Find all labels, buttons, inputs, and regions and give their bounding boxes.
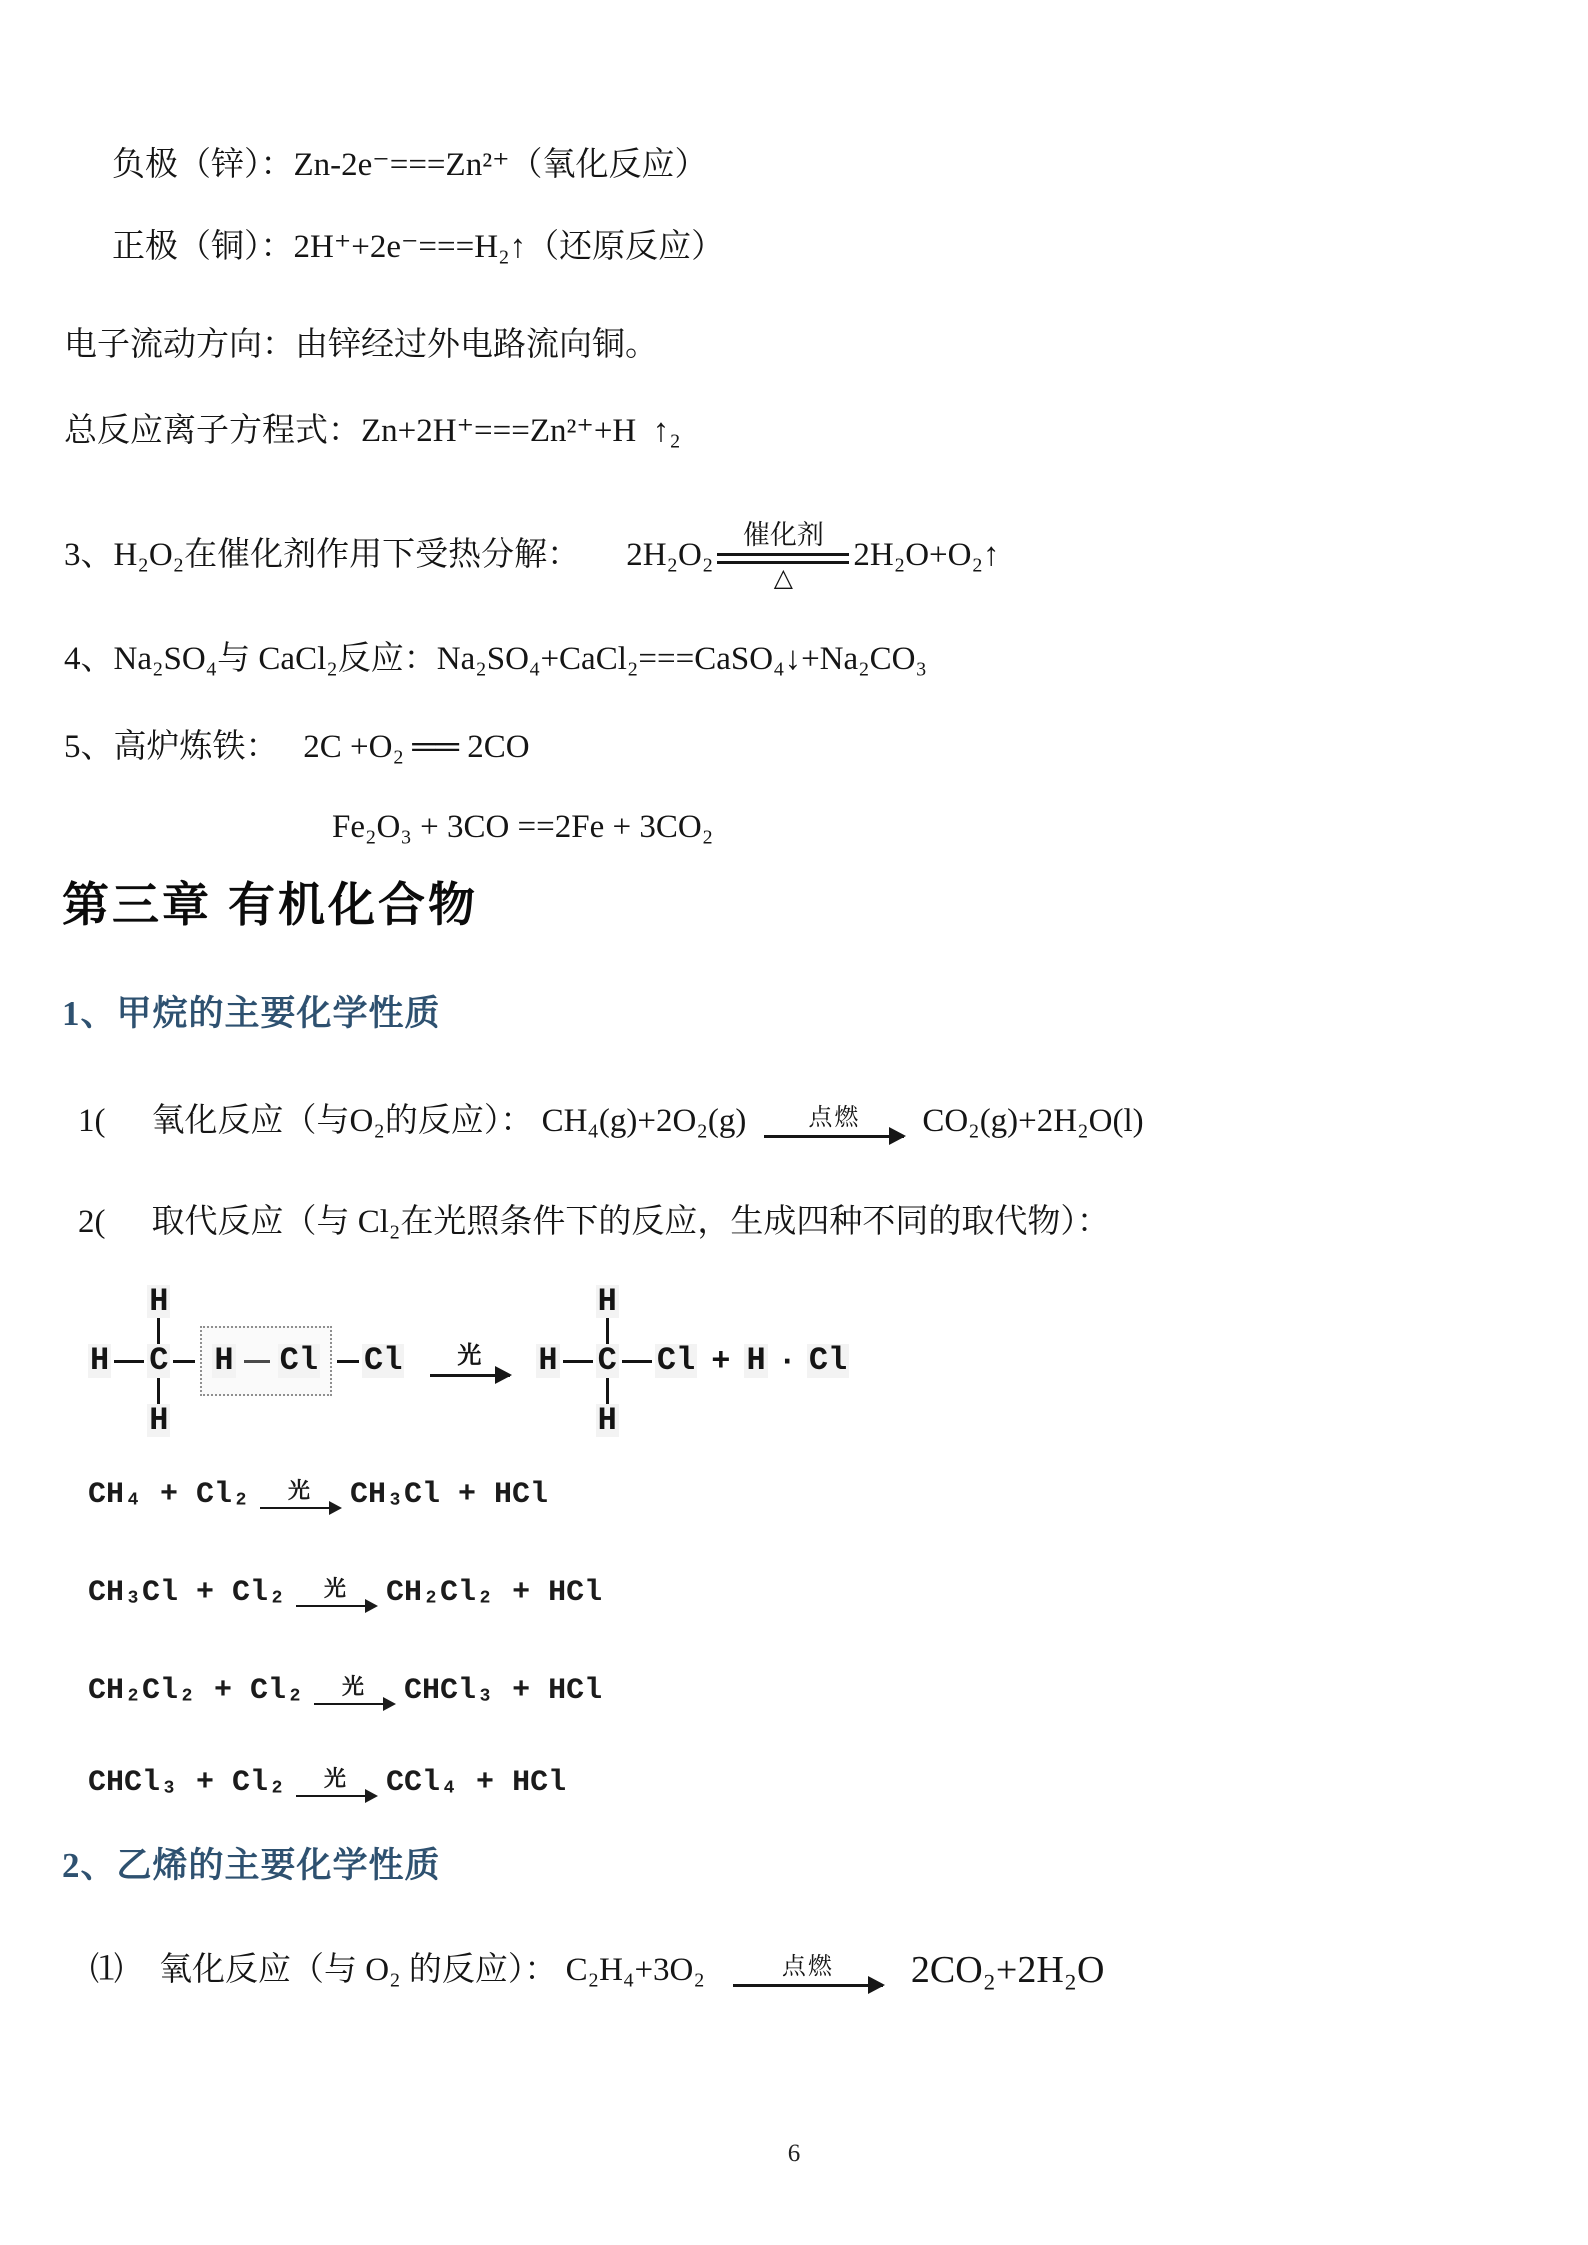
ethylene-section-heading: 2、乙烯的主要化学性质	[62, 1838, 441, 1888]
blast-furnace-line2: Fe₂O₃ + 3CO ==2Fe + 3CO₂	[332, 808, 713, 848]
methane-oxidation-line: 1( 氧化反应（与O₂的反应）： CH₄(g)+2O₂(g) 点燃 CO₂(g)…	[78, 1080, 1144, 1164]
atom-cl: Cl	[278, 1344, 320, 1378]
methane-substitution-label: 取代反应（与 Cl₂在光照条件下的反应，生成四种不同的取代物）：	[152, 1203, 1110, 1243]
item-prefix: 1(	[78, 1102, 106, 1142]
arrow-shaft	[296, 1605, 376, 1607]
arrow-shaft	[733, 1984, 883, 1987]
equation-right: CH₃Cl + HCl	[350, 1478, 548, 1512]
equation-left: CH₃Cl + Cl₂	[88, 1576, 286, 1610]
methane-substitution-line: 2( 取代反应（与 Cl₂在光照条件下的反应，生成四种不同的取代物）：	[78, 1198, 1110, 1248]
substitution-equation-3: CH₂Cl₂ + Cl₂ 光 CHCl₃ + HCl	[88, 1674, 602, 1708]
ignition-arrow: 点燃	[764, 1106, 904, 1137]
bond	[563, 1360, 593, 1363]
chapter-title: 第三章 有机化合物	[62, 868, 478, 935]
ignition-arrow: 点燃	[733, 1955, 883, 1986]
h2o2-label: 3、H₂O₂在催化剂作用下受热分解：	[64, 536, 580, 576]
document-page: 负极（锌）：Zn-2e⁻===Zn²⁺（氧化反应） 正极（铜）：2H⁺+2e⁻=…	[0, 0, 1588, 2245]
atom-h: H	[536, 1344, 559, 1378]
equation-left: CH₄ + Cl₂	[88, 1478, 250, 1512]
blast-furnace-line1: 5、高炉炼铁： 2C +O₂ ══ 2CO	[64, 728, 530, 768]
equation-left: CHCl₃ + Cl₂	[88, 1766, 286, 1800]
ethylene-oxidation-rhs: 2CO₂+2H₂O	[911, 1948, 1105, 1994]
light-label: 光	[342, 1677, 366, 1700]
arrow-shaft	[764, 1135, 904, 1138]
light-label: 光	[457, 1345, 483, 1370]
equation-right: CHCl₃ + HCl	[404, 1674, 602, 1708]
methane-oxidation-rhs: CO₂(g)+2H₂O(l)	[922, 1102, 1143, 1142]
carbon-column: H C H	[596, 1285, 619, 1438]
h2o2-rhs: 2H₂O+O₂↑	[853, 536, 999, 576]
double-equals-line	[717, 553, 849, 564]
na2so4-cacl2-line: 4、Na₂SO₄与 CaCl₂反应：Na₂SO₄+CaCl₂===CaSO₄↓+…	[64, 640, 927, 680]
light-arrow: 光	[296, 1579, 376, 1607]
atom-cl: Cl	[362, 1344, 404, 1378]
plus-sign: +	[711, 1343, 730, 1380]
overall-ionic-equation-line: 总反应离子方程式：Zn+2H⁺===Zn²⁺+H ↑₂	[64, 412, 681, 452]
bond	[337, 1360, 359, 1363]
arrow-shaft	[260, 1507, 340, 1509]
methane-section-heading: 1、甲烷的主要化学性质	[62, 986, 441, 1036]
light-arrow: 光	[296, 1769, 376, 1797]
ethylene-oxidation-line: ⑴ 氧化反应（与 O₂ 的反应）： C₂H₄+3O₂ 点燃 2CO₂+2H₂O	[90, 1926, 1105, 2016]
atom-h: H	[744, 1344, 767, 1378]
atom-h: H	[596, 1404, 619, 1438]
arrow-shaft	[430, 1374, 510, 1377]
ethylene-oxidation-label: 氧化反应（与 O₂ 的反应）： C₂H₄+3O₂	[159, 1951, 705, 1991]
atom-cl: Cl	[807, 1344, 849, 1378]
positive-electrode-line: 正极（铜）：2H⁺+2e⁻===H₂↑（还原反应）	[112, 228, 724, 268]
heat-delta-symbol: △	[774, 566, 793, 591]
light-arrow: 光	[430, 1345, 510, 1376]
bond	[157, 1378, 160, 1404]
atom-h: H	[147, 1404, 170, 1438]
light-arrow: 光	[314, 1677, 394, 1705]
atom-h: H	[212, 1344, 235, 1378]
substitution-equation-4: CHCl₃ + Cl₂ 光 CCl₄ + HCl	[88, 1766, 566, 1800]
arrow-shaft	[296, 1795, 376, 1797]
atom-h: H	[88, 1344, 111, 1378]
page-number: 6	[0, 2140, 1588, 2168]
light-label: 光	[288, 1481, 312, 1504]
equation-left: CH₂Cl₂ + Cl₂	[88, 1674, 304, 1708]
bond	[606, 1378, 609, 1404]
bond-dot: ·	[778, 1343, 797, 1380]
atom-c: C	[147, 1344, 170, 1378]
light-arrow: 光	[260, 1481, 340, 1509]
bond	[173, 1360, 195, 1363]
equation-right: CH₂Cl₂ + HCl	[386, 1576, 602, 1610]
arrow-shaft	[314, 1703, 394, 1705]
negative-electrode-line: 负极（锌）：Zn-2e⁻===Zn²⁺（氧化反应）	[112, 146, 708, 186]
carbon-column: H C H	[147, 1285, 170, 1438]
item-prefix: ⑴	[90, 1951, 123, 1991]
ignition-label: 点燃	[782, 1955, 834, 1980]
bond	[622, 1360, 652, 1363]
light-label: 光	[324, 1579, 348, 1602]
substitution-equation-1: CH₄ + Cl₂ 光 CH₃Cl + HCl	[88, 1478, 548, 1512]
h2o2-decomposition-line: 3、H₂O₂在催化剂作用下受热分解： 2H₂O₂ 催化剂 △ 2H₂O+O₂↑	[64, 500, 1000, 612]
light-label: 光	[324, 1769, 348, 1792]
breaking-bonds-dotted-box: H Cl	[200, 1326, 332, 1396]
substitution-equation-2: CH₃Cl + Cl₂ 光 CH₂Cl₂ + HCl	[88, 1576, 602, 1610]
h2o2-lhs: 2H₂O₂	[626, 536, 713, 576]
catalyst-condition-stack: 催化剂 △	[717, 521, 849, 591]
catalyst-label: 催化剂	[743, 521, 824, 551]
bond	[606, 1318, 609, 1344]
ignition-label: 点燃	[808, 1106, 860, 1131]
methane-chlorination-structure-diagram: H H C H H Cl Cl 光 H H C H C	[88, 1278, 849, 1444]
bond	[114, 1360, 144, 1363]
atom-h: H	[147, 1285, 170, 1319]
atom-h: H	[596, 1285, 619, 1319]
equation-right: CCl₄ + HCl	[386, 1766, 566, 1800]
methane-oxidation-label: 氧化反应（与O₂的反应）： CH₄(g)+2O₂(g)	[152, 1102, 747, 1142]
atom-c: C	[596, 1344, 619, 1378]
breaking-bond	[244, 1360, 270, 1363]
item-prefix: 2(	[78, 1203, 106, 1243]
bond	[157, 1318, 160, 1344]
electron-flow-line: 电子流动方向：由锌经过外电路流向铜。	[64, 326, 658, 366]
atom-cl: Cl	[655, 1344, 697, 1378]
